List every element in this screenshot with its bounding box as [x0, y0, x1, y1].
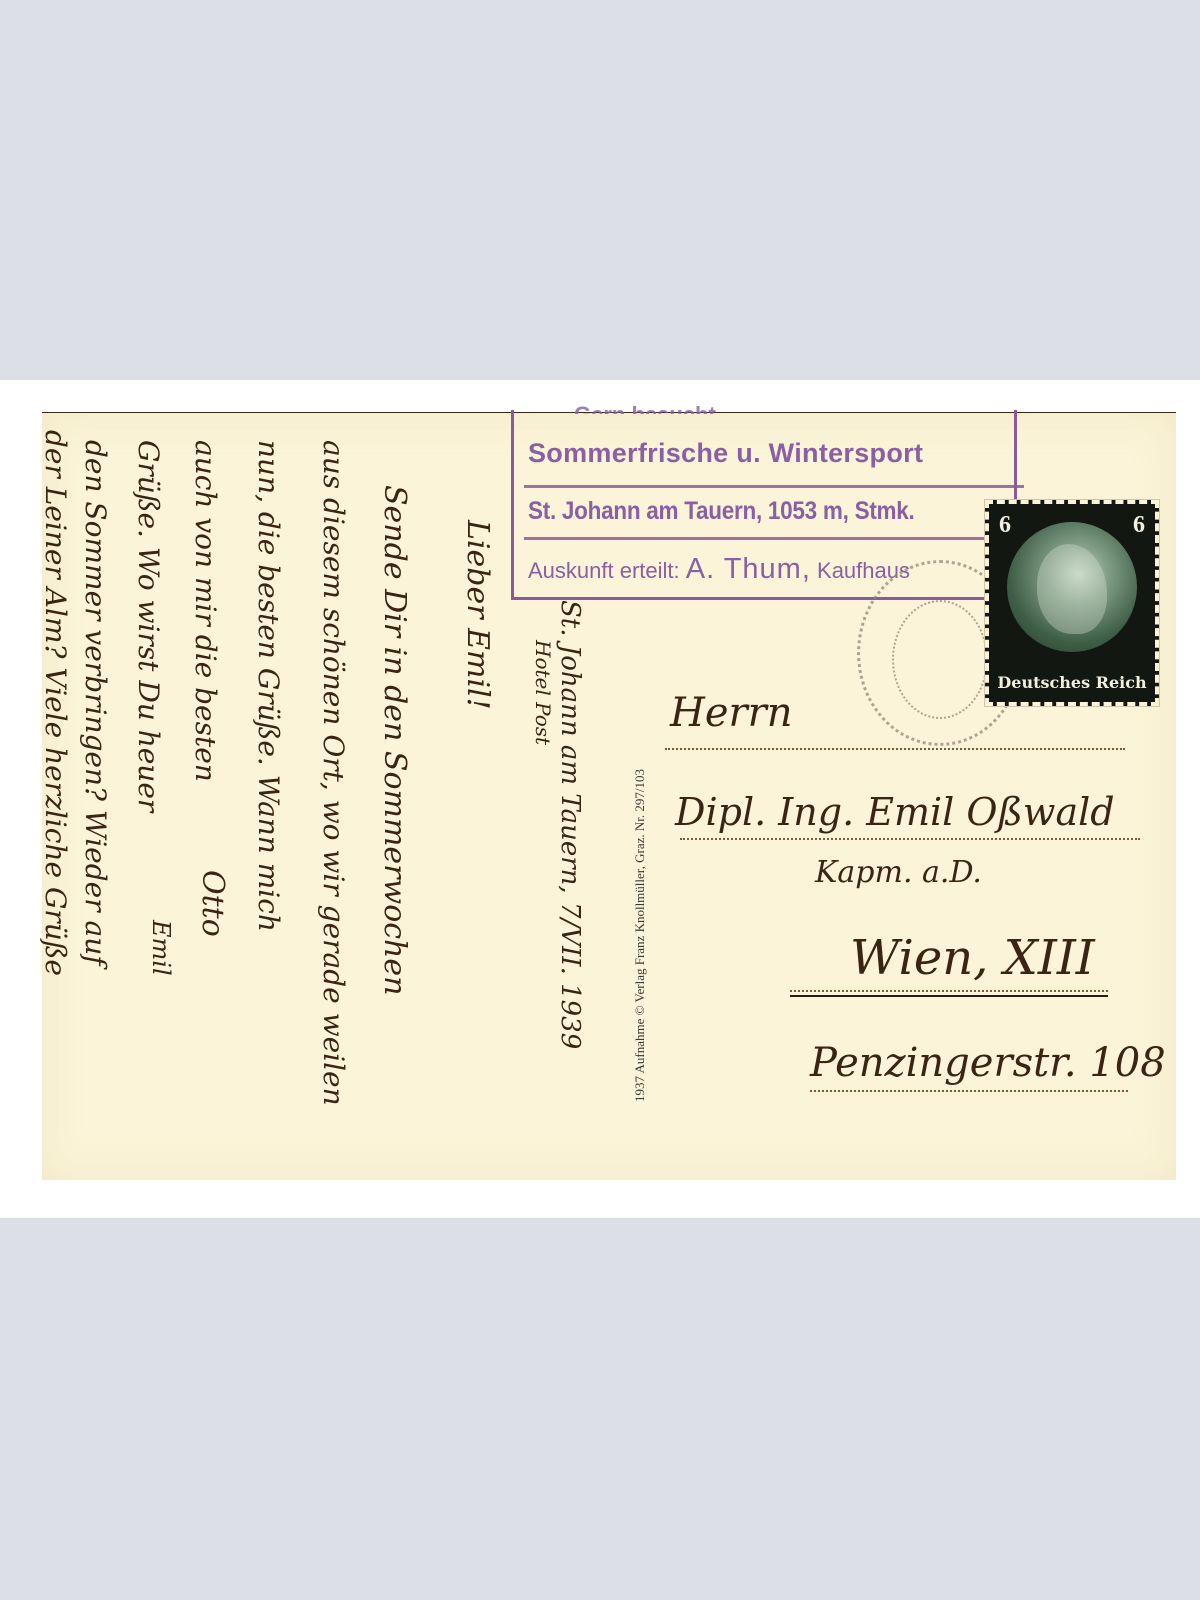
address-salutation: Herrn	[670, 690, 793, 736]
message-line: den Sommer verbringen? Wieder auf	[79, 440, 112, 966]
message-line: der Leiner Alm? Viele herzliche Grüße	[39, 430, 72, 976]
address-line	[665, 748, 1125, 750]
postage-stamp: 6 6 Deutsches Reich	[985, 500, 1159, 706]
cachet-top-line: Gern besucht	[574, 402, 716, 414]
address-line-2: Kapm. a.D.	[815, 855, 982, 890]
address-line	[810, 1090, 1128, 1092]
message-line: auch von mir die besten	[189, 440, 222, 782]
sender-sub: Hotel Post	[531, 640, 555, 745]
message-line: Grüße. Wo wirst Du heuer	[132, 440, 165, 812]
stamp-country: Deutsches Reich	[989, 673, 1155, 692]
address-city: Wien, XIII	[850, 930, 1095, 986]
cachet-line-3: Auskunft erteilt: A. Thum, Kaufhaus	[528, 553, 910, 586]
address-line	[680, 838, 1140, 840]
signature-2: Emil	[147, 920, 175, 976]
cachet-rule	[524, 537, 1024, 540]
message-line: aus diesem schönen Ort, wo wir gerade we…	[317, 440, 350, 1106]
cachet-info-name: A. Thum,	[686, 553, 811, 585]
address-name: Dipl. Ing. Emil Oßwald	[675, 790, 1115, 834]
cachet-line-1: Sommerfrische u. Wintersport	[528, 438, 923, 469]
place-date: St. Johann am Tauern, 7/VII. 1939	[555, 600, 585, 1049]
portrait-medallion-icon	[1007, 522, 1137, 652]
message-line: Sende Dir in den Sommerwochen	[377, 485, 412, 995]
signature-1: Otto	[195, 870, 230, 937]
city-underline	[790, 995, 1108, 997]
address-line	[790, 990, 1108, 992]
cachet-info-label: Auskunft erteilt:	[528, 558, 680, 583]
stamp-value-right: 6	[1133, 512, 1145, 539]
message-greeting: Lieber Emil!	[460, 520, 495, 710]
postmark-inner-ring	[892, 600, 988, 719]
cachet-line-2: St. Johann am Tauern, 1053 m, Stmk.	[528, 497, 915, 526]
message-line: nun, die besten Grüße. Wann mich	[252, 440, 285, 932]
publisher-imprint: 1937 Aufnahme © Verlag Franz Knollmüller…	[632, 769, 648, 1102]
stamp-value-left: 6	[999, 512, 1011, 539]
address-street: Penzingerstr. 108	[810, 1040, 1166, 1086]
cachet-rule	[524, 485, 1024, 488]
